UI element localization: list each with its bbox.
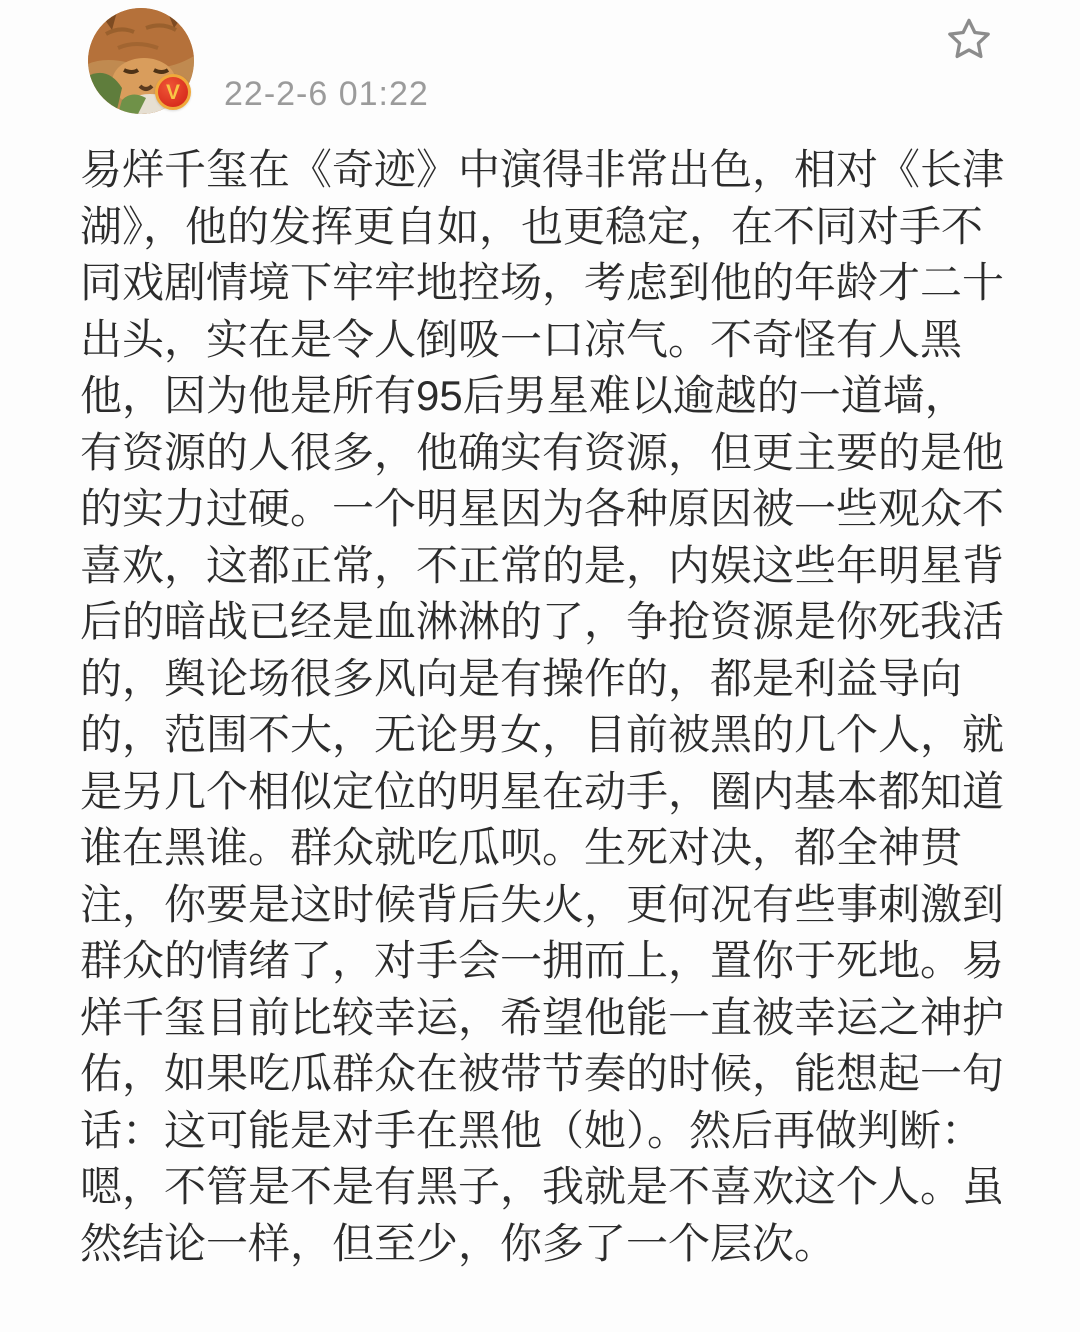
verified-badge-label: V bbox=[166, 82, 180, 103]
verified-badge: V bbox=[155, 74, 191, 110]
page: V 22-2-6 01:22 易烊千玺在《奇迹》中演得非常出色，相对《长津 湖》… bbox=[0, 0, 1080, 1332]
post-body: 易烊千玺在《奇迹》中演得非常出色，相对《长津 湖》，他的发挥更自如，也更稳定，在… bbox=[80, 142, 1030, 1272]
timestamp: 22-2-6 01:22 bbox=[224, 74, 429, 114]
star-icon bbox=[944, 15, 994, 65]
post-card: V 22-2-6 01:22 易烊千玺在《奇迹》中演得非常出色，相对《长津 湖》… bbox=[0, 0, 1080, 1332]
favorite-star-button[interactable] bbox=[941, 12, 997, 68]
